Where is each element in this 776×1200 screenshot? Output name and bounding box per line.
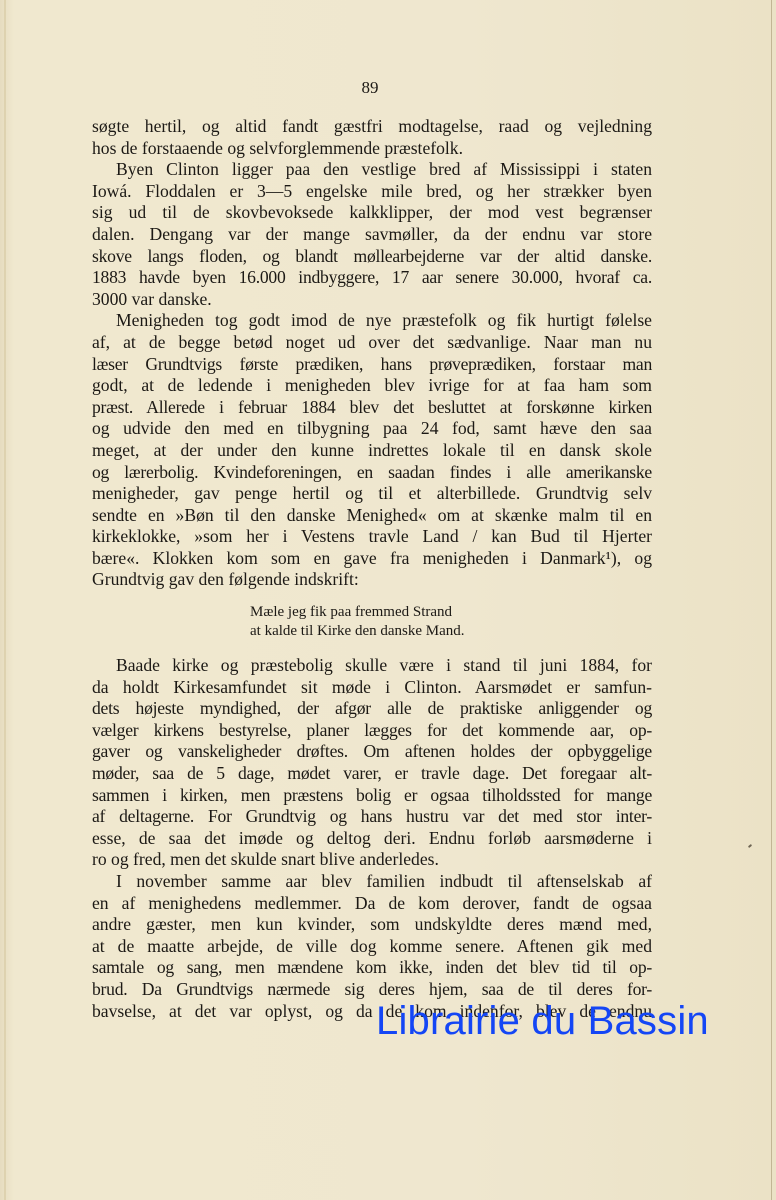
- text-line: 1883 havde byen 16.000 indbyggere, 17 aa…: [92, 267, 652, 289]
- page-number: 89: [0, 78, 740, 98]
- text-line: og lærerbolig. Kvindeforeningen, en saad…: [92, 462, 652, 484]
- text-line: at de maatte arbejde, de ville dog komme…: [92, 936, 652, 958]
- text-line: skove langs floden, og blandt møllearbej…: [92, 246, 652, 268]
- paper-speck: [748, 844, 752, 848]
- text-line: dets højeste myndighed, der afgør alle d…: [92, 698, 652, 720]
- text-line: Byen Clinton ligger paa den vestlige bre…: [92, 159, 652, 181]
- text-line: præst. Allerede i februar 1884 blev det …: [92, 397, 652, 419]
- text-line: menigheder, gav penge hertil og til et a…: [92, 483, 652, 505]
- page-edge-left: [4, 0, 6, 1200]
- text-line: ro og fred, men det skulde snart blive a…: [92, 849, 652, 871]
- text-line: 3000 var danske.: [92, 289, 652, 311]
- paragraph-4: Baade kirke og præstebolig skulle være i…: [92, 655, 652, 871]
- text-line: bære«. Klokken kom som en gave fra menig…: [92, 548, 652, 570]
- text-line: sig ud til de skovbevoksede kalkklipper,…: [92, 202, 652, 224]
- text-line: sendte en »Bøn til den danske Menighed« …: [92, 505, 652, 527]
- text-line: meget, at der under den kunne indrettes …: [92, 440, 652, 462]
- book-page: 89 søgte hertil, og altid fandt gæstfri …: [0, 0, 776, 1200]
- page-edge-right: [771, 0, 772, 1200]
- text-line: søgte hertil, og altid fandt gæstfri mod…: [92, 116, 652, 138]
- paragraph-3: Menigheden tog godt imod de nye præstefo…: [92, 310, 652, 591]
- watermark-text: Librairie du Bassin: [376, 998, 709, 1044]
- text-line: af, at de begge betød noget ud over det …: [92, 332, 652, 354]
- text-line: da holdt Kirkesamfundet sit møde i Clint…: [92, 677, 652, 699]
- text-line: godt, at de ledende i menigheden blev iv…: [92, 375, 652, 397]
- text-line: en af menighedens medlemmer. Da de kom d…: [92, 893, 652, 915]
- text-line: kirkeklokke, »som her i Vestens travle L…: [92, 526, 652, 548]
- text-line: dalen. Dengang var der mange savmøller, …: [92, 224, 652, 246]
- text-line: læser Grundtvigs første prædiken, hans p…: [92, 354, 652, 376]
- verse-line: Mæle jeg fik paa fremmed Strand: [250, 603, 652, 622]
- text-line: I november samme aar blev familien indbu…: [92, 871, 652, 893]
- text-line: og udvide den med en tilbygning paa 24 f…: [92, 418, 652, 440]
- text-line: møder, saa de 5 dage, mødet varer, er tr…: [92, 763, 652, 785]
- paragraph-1: søgte hertil, og altid fandt gæstfri mod…: [92, 116, 652, 159]
- text-line: gaver og vanskeligheder drøftes. Om afte…: [92, 741, 652, 763]
- text-line: andre gæster, men kun kvinder, som undsk…: [92, 914, 652, 936]
- text-line: Iowá. Floddalen er 3—5 engelske mile bre…: [92, 181, 652, 203]
- text-line: samtale og sang, men mændene kom ikke, i…: [92, 957, 652, 979]
- text-line: hos de forstaaende og selvforglemmende p…: [92, 138, 652, 160]
- verse-line: at kalde til Kirke den danske Mand.: [250, 622, 652, 641]
- paragraph-2: Byen Clinton ligger paa den vestlige bre…: [92, 159, 652, 310]
- text-line: af deltagerne. For Grundtvig og hans hus…: [92, 806, 652, 828]
- text-line: Menigheden tog godt imod de nye præstefo…: [92, 310, 652, 332]
- body-text: søgte hertil, og altid fandt gæstfri mod…: [92, 116, 652, 1022]
- bell-inscription-verse: Mæle jeg fik paa fremmed Strand at kalde…: [250, 603, 652, 641]
- text-line: sammen i kirken, men præstens bolig er o…: [92, 785, 652, 807]
- text-line: Baade kirke og præstebolig skulle være i…: [92, 655, 652, 677]
- text-line: esse, de saa det imøde og deltog deri. E…: [92, 828, 652, 850]
- text-line: Grundtvig gav den følgende indskrift:: [92, 569, 652, 591]
- text-line: vælger kirkens bestyrelse, planer lægges…: [92, 720, 652, 742]
